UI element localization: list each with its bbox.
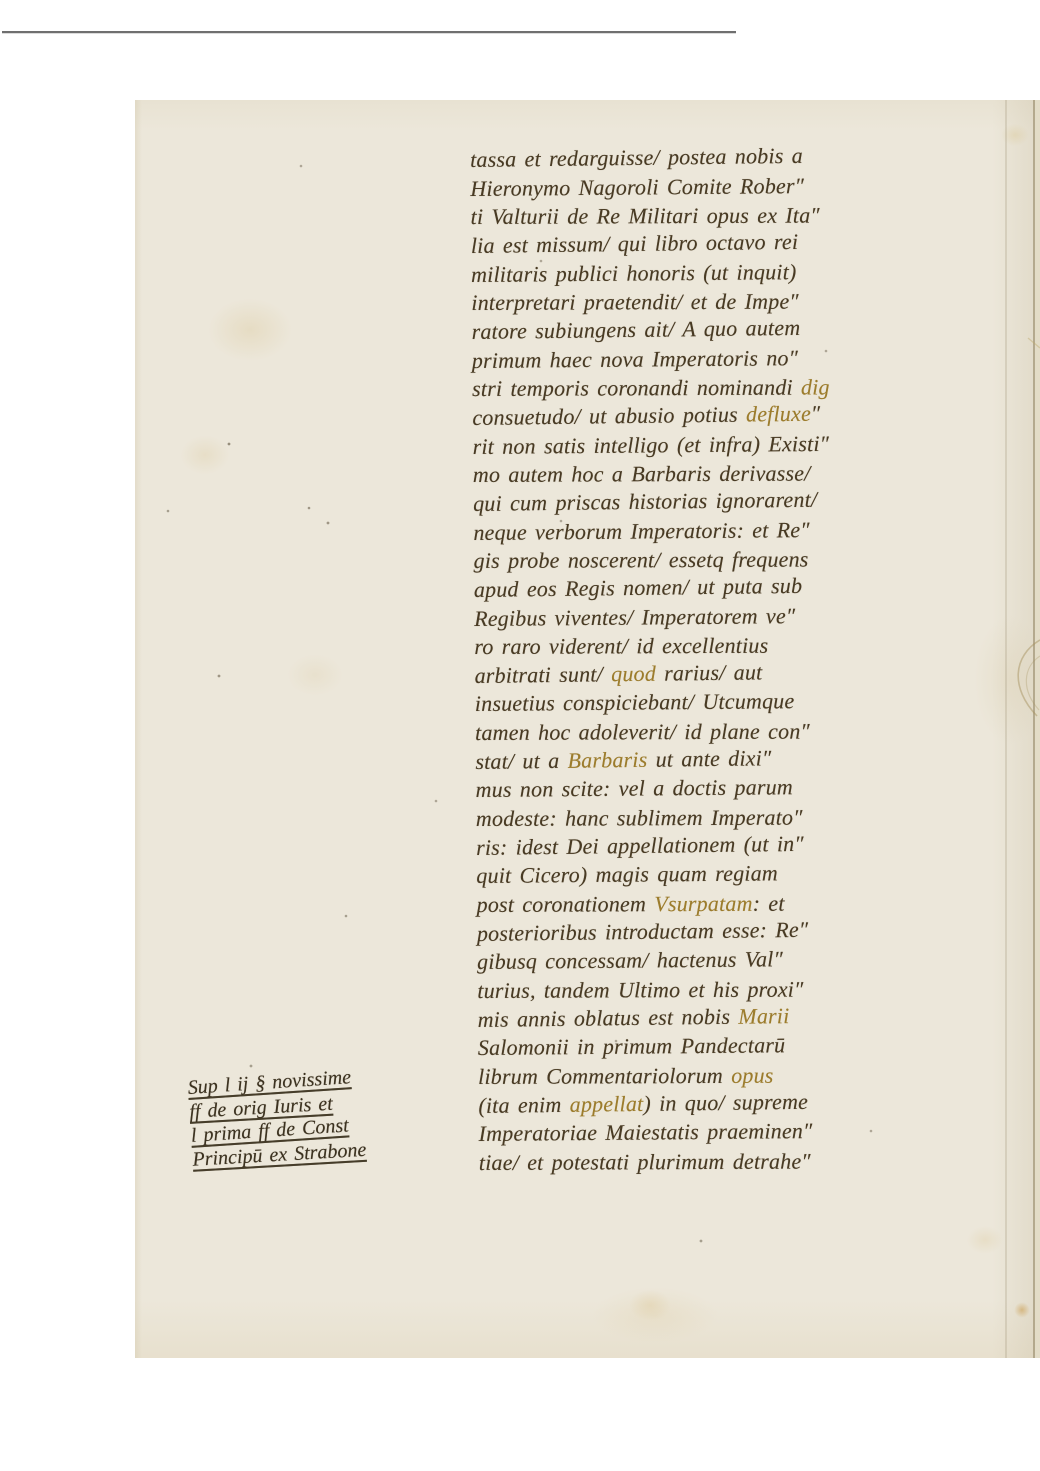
manuscript-text-line: posterioribus introductam esse: Re″ xyxy=(477,913,997,948)
manuscript-text-line: Hieronymo Nagoroli Comite Rober″ xyxy=(470,170,990,203)
gold-ink-word: defluxe xyxy=(746,401,811,427)
manuscript-page: tassa et redarguisse/ postea nobis aHier… xyxy=(135,100,1040,1358)
manuscript-text-line: mis annis oblatus est nobis Marii xyxy=(477,999,997,1034)
gold-ink-word: opus xyxy=(731,1063,773,1088)
manuscript-text-line: ris: idest Dei appellationem (ut in″ xyxy=(476,827,996,862)
margin-note: Sup l ij § novissimeff de orig Iuris etl… xyxy=(187,1064,367,1171)
manuscript-text-line: tassa et redarguisse/ postea nobis a xyxy=(470,139,990,174)
manuscript-text-line: consuetudo/ ut abusio potius defluxe″ xyxy=(472,397,992,432)
manuscript-text-line: Imperatoriae Maiestatis praeminen″ xyxy=(479,1116,999,1149)
manuscript-text-line: neque verborum Imperatoris: et Re″ xyxy=(473,514,993,547)
manuscript-text-line: insuetius conspiciebant/ Utcumque xyxy=(475,686,995,719)
top-rule xyxy=(2,31,736,33)
manuscript-text-line: stat/ ut a Barbaris ut ante dixi″ xyxy=(475,741,995,776)
manuscript-text-line: Regibus viventes/ Imperatorem ve″ xyxy=(474,600,994,633)
gold-ink-word: Barbaris xyxy=(567,747,647,773)
page-edge-strip xyxy=(1035,100,1040,1358)
gold-ink-word: quod xyxy=(611,661,656,687)
manuscript-text-line: arbitrati sunt/ quod rarius/ aut xyxy=(474,655,994,690)
manuscript-text-line: apud eos Regis nomen/ ut puta sub xyxy=(474,569,994,604)
manuscript-text-line: rit non satis intelligo (et infra) Exist… xyxy=(473,428,993,461)
manuscript-text-line: lia est missum/ qui libro octavo rei xyxy=(471,225,991,260)
manuscript-text-line: (ita enim appellat) in quo/ supreme xyxy=(478,1085,998,1120)
main-text-block: tassa et redarguisse/ postea nobis aHier… xyxy=(470,141,999,1177)
page-crease xyxy=(1005,100,1007,1358)
manuscript-text-line: qui cum priscas historias ignorarent/ xyxy=(473,483,993,518)
manuscript-text-line: gibusq concessam/ hactenus Val″ xyxy=(477,944,997,977)
gold-ink-word: dig xyxy=(801,375,830,400)
gold-ink-word: Vsurpatam xyxy=(654,891,752,916)
manuscript-text-line: Salomonii in primum Pandectarū xyxy=(478,1030,998,1063)
gold-ink-word: Marii xyxy=(738,1003,789,1029)
paper-specks xyxy=(135,100,137,102)
manuscript-text-line: militaris publici honoris (ut inquit) xyxy=(471,256,991,289)
gold-ink-word: appellat xyxy=(570,1091,644,1117)
manuscript-text-line: primum haec nova Imperatoris no″ xyxy=(472,342,992,375)
manuscript-text-line: ratore subiungens ait/ A quo autem xyxy=(471,311,991,346)
manuscript-text-line: tiae/ et potestati plurimum detrahe″ xyxy=(479,1147,999,1178)
manuscript-text-line: quit Cicero) magis quam regiam xyxy=(476,858,996,891)
manuscript-scan-canvas: tassa et redarguisse/ postea nobis aHier… xyxy=(0,0,1040,1471)
manuscript-text-line: mus non scite: vel a doctis parum xyxy=(476,772,996,805)
page-edge-line xyxy=(1033,100,1035,1358)
